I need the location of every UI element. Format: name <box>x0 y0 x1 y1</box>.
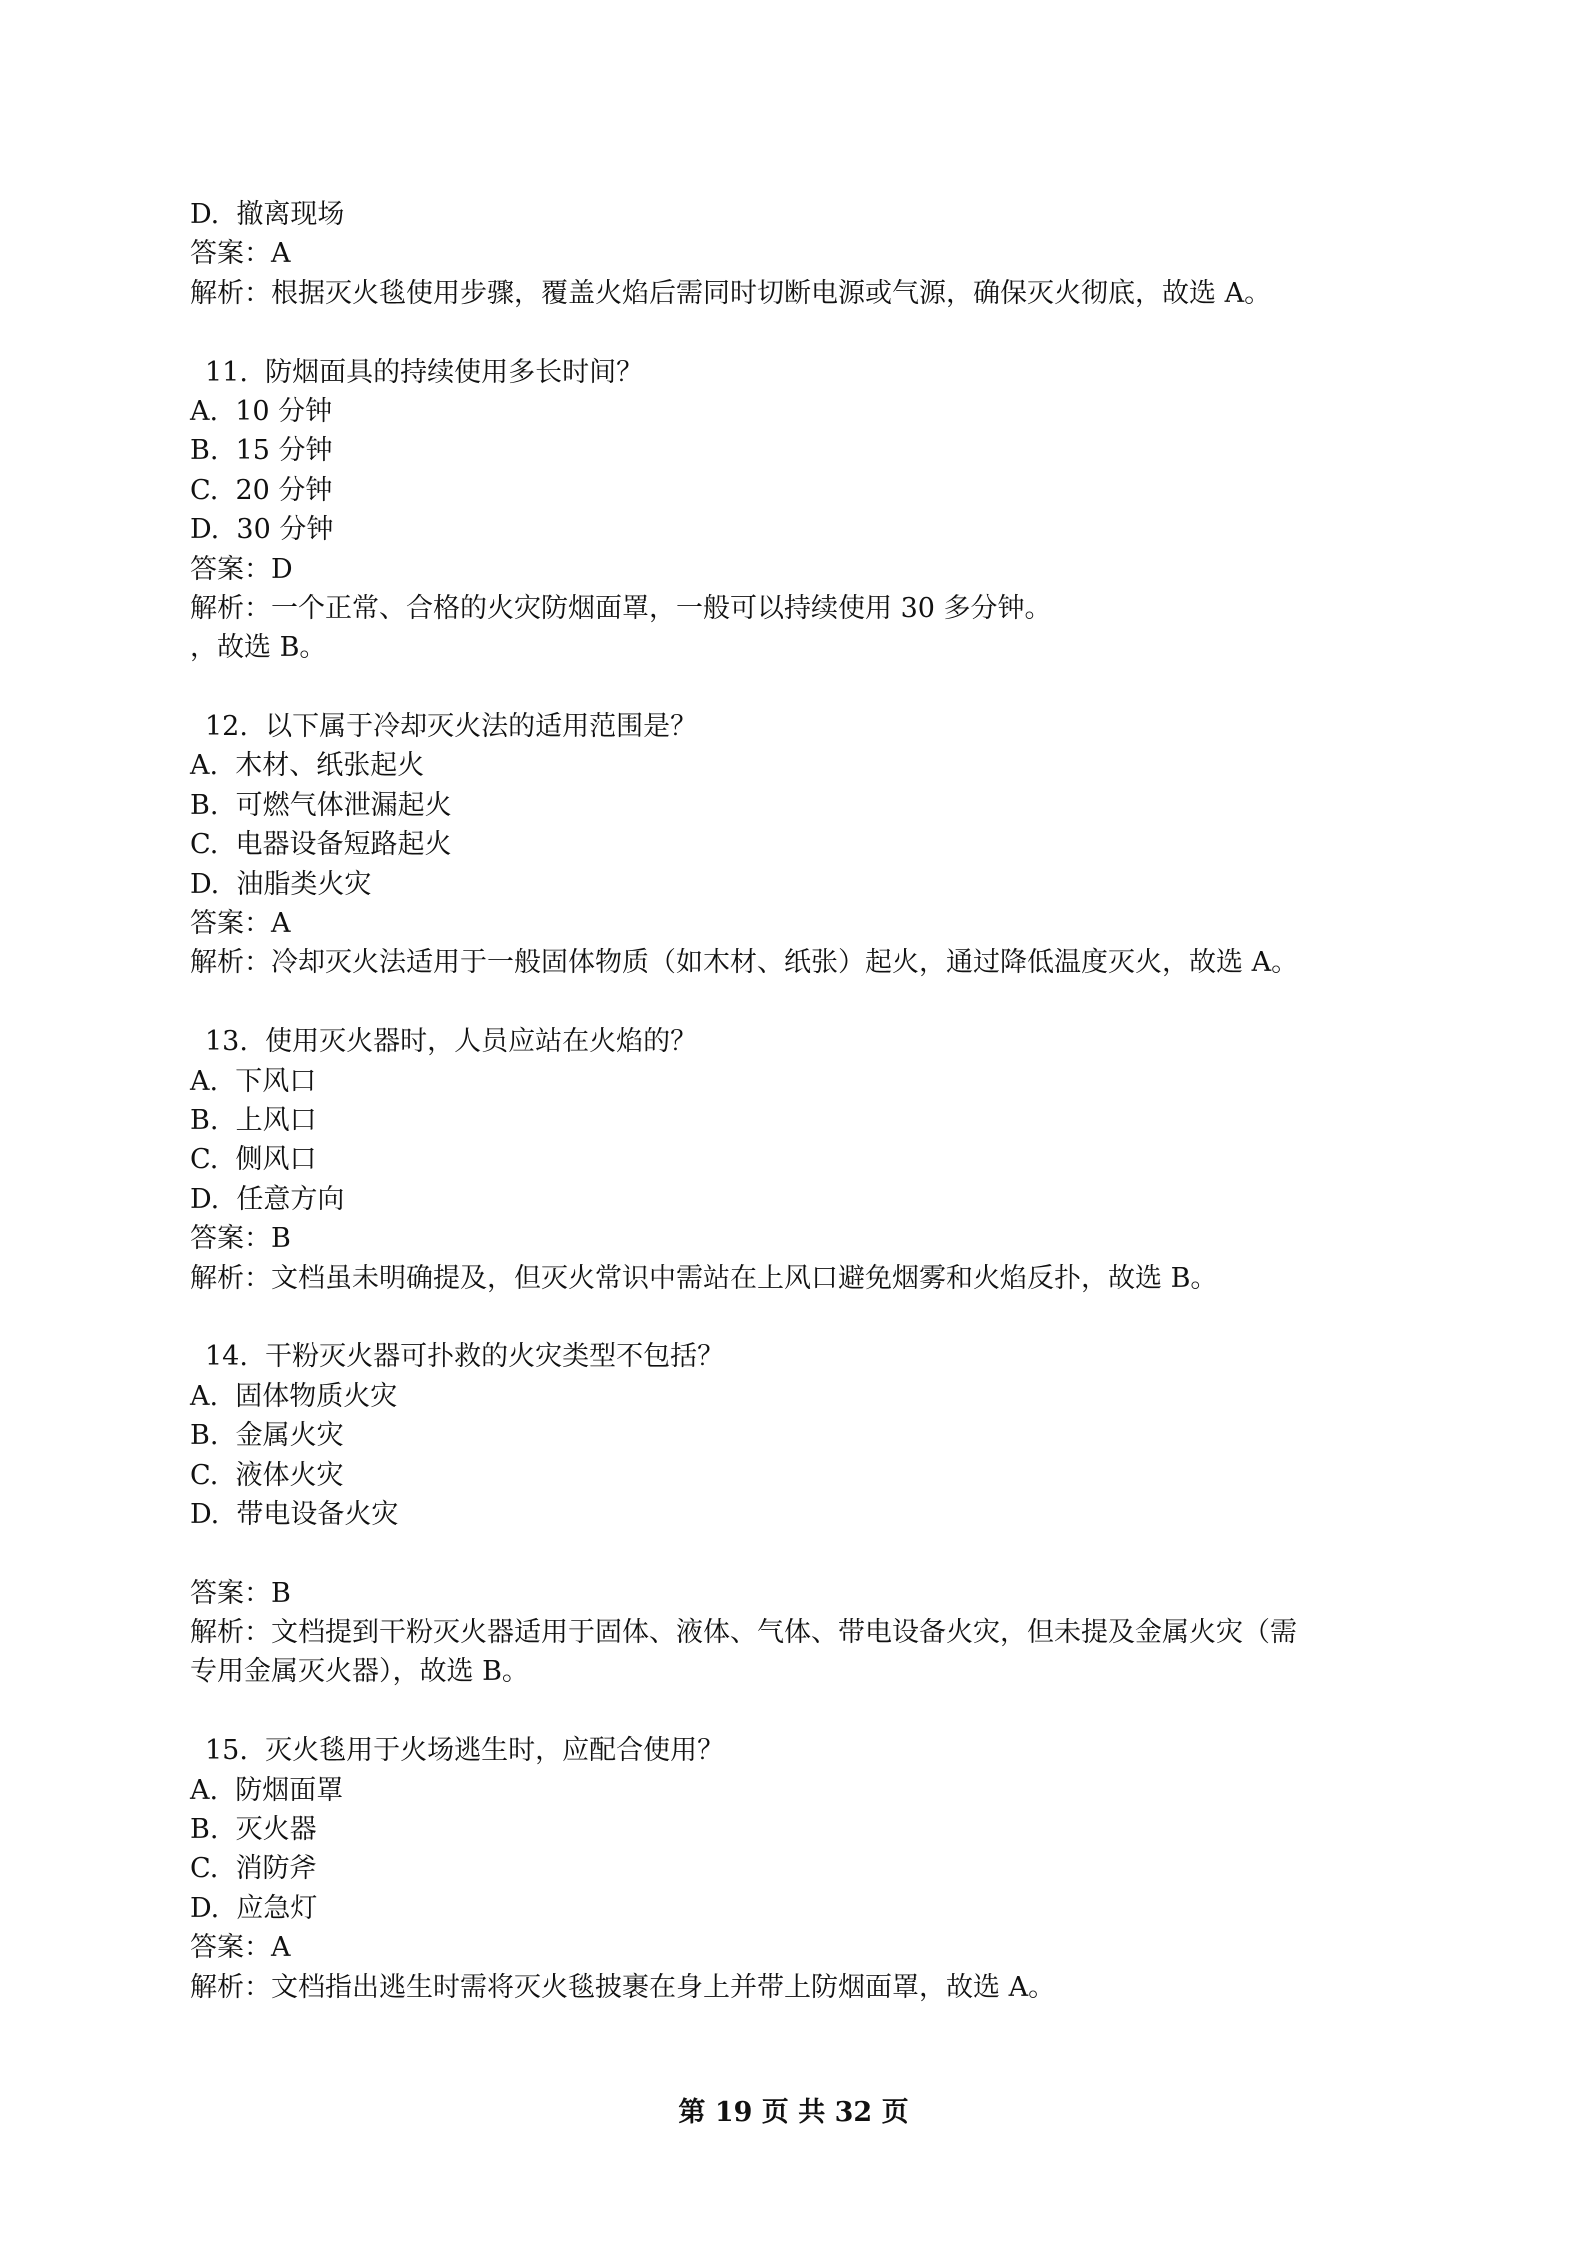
question-text: 13. 使用灭火器时，人员应站在火焰的？ <box>190 1022 1420 1061</box>
spacer <box>190 983 1420 1022</box>
page-number: 第 19 页 共 32 页 <box>678 2097 908 2128</box>
analysis: 解析：文档提到干粉灭火器适用于固体、液体、气体、带电设备火灾，但未提及金属火灾（… <box>190 1613 1420 1652</box>
answer: 答案：B <box>190 1574 1420 1613</box>
question-block-14: 14. 干粉灭火器可扑救的火灾类型不包括？ A. 固体物质火灾 B. 金属火灾 … <box>190 1337 1420 1692</box>
answer: 答案：B <box>190 1219 1420 1258</box>
option-a: A. 下风口 <box>190 1062 1420 1101</box>
option-d: D. 任意方向 <box>190 1180 1420 1219</box>
option-c: C. 侧风口 <box>190 1140 1420 1179</box>
answer: 答案：A <box>190 234 1420 273</box>
spacer <box>190 313 1420 352</box>
question-block-11: 11. 防烟面具的持续使用多长时间？ A. 10 分钟 B. 15 分钟 C. … <box>190 353 1420 668</box>
spacer <box>190 1692 1420 1731</box>
option-b: B. 上风口 <box>190 1101 1420 1140</box>
option-d: D. 带电设备火灾 <box>190 1495 1420 1534</box>
option-d: D. 油脂类火灾 <box>190 865 1420 904</box>
question-text: 11. 防烟面具的持续使用多长时间？ <box>190 353 1420 392</box>
option-c: C. 20 分钟 <box>190 471 1420 510</box>
analysis: 解析：冷却灭火法适用于一般固体物质（如木材、纸张）起火，通过降低温度灭火，故选 … <box>190 943 1420 982</box>
option-c: C. 液体火灾 <box>190 1456 1420 1495</box>
analysis-continued: ，故选 B。 <box>190 628 1420 667</box>
question-block-13: 13. 使用灭火器时，人员应站在火焰的？ A. 下风口 B. 上风口 C. 侧风… <box>190 1022 1420 1298</box>
option-d: D. 应急灯 <box>190 1889 1420 1928</box>
question-block-12: 12. 以下属于冷却灭火法的适用范围是？ A. 木材、纸张起火 B. 可燃气体泄… <box>190 707 1420 983</box>
option-c: C. 消防斧 <box>190 1849 1420 1888</box>
option-b: B. 灭火器 <box>190 1810 1420 1849</box>
analysis: 解析：文档虽未明确提及，但灭火常识中需站在上风口避免烟雾和火焰反扑，故选 B。 <box>190 1259 1420 1298</box>
option-b: B. 15 分钟 <box>190 431 1420 470</box>
answer: 答案：A <box>190 904 1420 943</box>
question-text: 14. 干粉灭火器可扑救的火灾类型不包括？ <box>190 1337 1420 1376</box>
option-a: A. 10 分钟 <box>190 392 1420 431</box>
page-content: D. 撤离现场 答案：A 解析：根据灭火毯使用步骤，覆盖火焰后需同时切断电源或气… <box>190 195 1420 2007</box>
analysis: 解析：文档指出逃生时需将灭火毯披裹在身上并带上防烟面罩，故选 A。 <box>190 1968 1420 2007</box>
option-d: D. 30 分钟 <box>190 510 1420 549</box>
option-a: A. 木材、纸张起火 <box>190 746 1420 785</box>
question-text: 15. 灭火毯用于火场逃生时，应配合使用？ <box>190 1731 1420 1770</box>
spacer <box>190 668 1420 707</box>
option-a: A. 防烟面罩 <box>190 1771 1420 1810</box>
option-d: D. 撤离现场 <box>190 195 1420 234</box>
option-b: B. 可燃气体泄漏起火 <box>190 786 1420 825</box>
spacer <box>190 1534 1420 1573</box>
question-block-15: 15. 灭火毯用于火场逃生时，应配合使用？ A. 防烟面罩 B. 灭火器 C. … <box>190 1731 1420 2007</box>
page-footer: 第 19 页 共 32 页 <box>0 2090 1587 2129</box>
analysis-continued: 专用金属灭火器），故选 B。 <box>190 1652 1420 1691</box>
question-text: 12. 以下属于冷却灭火法的适用范围是？ <box>190 707 1420 746</box>
answer: 答案：D <box>190 550 1420 589</box>
analysis: 解析：根据灭火毯使用步骤，覆盖火焰后需同时切断电源或气源，确保灭火彻底，故选 A… <box>190 274 1420 313</box>
answer: 答案：A <box>190 1928 1420 1967</box>
option-b: B. 金属火灾 <box>190 1416 1420 1455</box>
analysis: 解析：一个正常、合格的火灾防烟面罩，一般可以持续使用 30 多分钟。 <box>190 589 1420 628</box>
option-a: A. 固体物质火灾 <box>190 1377 1420 1416</box>
option-c: C. 电器设备短路起火 <box>190 825 1420 864</box>
spacer <box>190 1298 1420 1337</box>
